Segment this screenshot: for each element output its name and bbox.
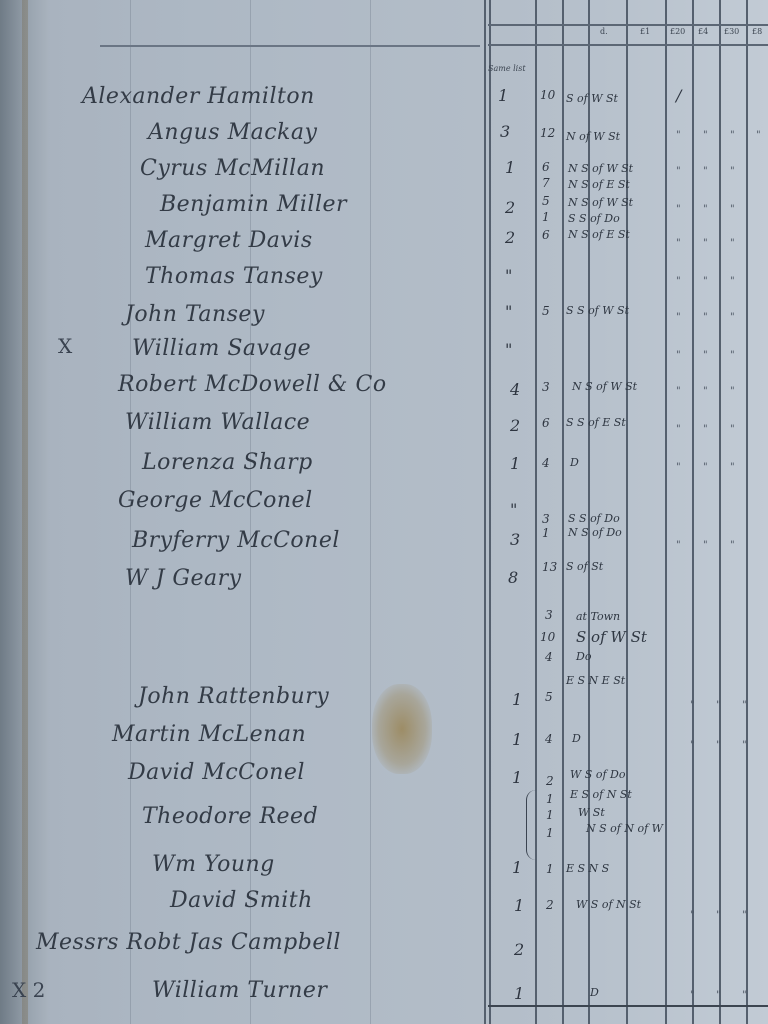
- entry-name: David McConel: [128, 760, 305, 785]
- count-cell: 1: [514, 896, 524, 915]
- location-cell: N of W St: [566, 130, 620, 143]
- ditto-mark: ": [742, 740, 747, 751]
- ditto-mark: ": [742, 990, 747, 1001]
- location-cell: S of W St: [576, 628, 647, 646]
- count-cell: 1: [505, 158, 515, 177]
- location-cell: S S of Do: [568, 212, 620, 225]
- entry-name: Lorenza Sharp: [142, 450, 313, 475]
- ditto-mark: ": [730, 130, 735, 141]
- ditto-mark: ": [676, 312, 681, 323]
- lot-cell: 3: [542, 380, 550, 394]
- count-cell: ": [510, 500, 517, 519]
- lot-cell: 4: [545, 650, 553, 664]
- entry-name: Martin McLenan: [112, 722, 306, 747]
- location-cell: E S N S: [566, 862, 609, 875]
- ditto-mark: ": [703, 424, 708, 435]
- ditto-mark: ": [716, 990, 721, 1001]
- ditto-mark: ": [676, 386, 681, 397]
- count-cell: 2: [514, 940, 524, 959]
- ditto-mark: ": [742, 910, 747, 921]
- location-cell: N S of E St: [568, 228, 630, 241]
- ditto-mark: ": [676, 424, 681, 435]
- ditto-mark: ": [676, 462, 681, 473]
- ditto-mark: ": [676, 130, 681, 141]
- lot-cell: 7: [542, 176, 550, 190]
- entry-name: John Tansey: [125, 302, 265, 327]
- location-cell: S of W St: [566, 92, 618, 105]
- column-rule: [746, 0, 748, 1024]
- header-rule: [488, 24, 768, 26]
- bottom-rule: [488, 1005, 768, 1007]
- unit-label: £4: [698, 27, 708, 36]
- ditto-mark: ": [730, 462, 735, 473]
- unit-label: £30: [724, 27, 739, 36]
- count-cell: 4: [510, 380, 520, 399]
- count-cell: 1: [512, 730, 522, 749]
- entry-name: Thomas Tansey: [145, 264, 323, 289]
- ditto-mark: ": [703, 350, 708, 361]
- faint-rule: [370, 0, 371, 1024]
- entry-name: W J Geary: [125, 566, 242, 591]
- header-rule: [488, 44, 768, 46]
- ditto-mark: ": [703, 130, 708, 141]
- ditto-mark: ": [703, 276, 708, 287]
- lot-cell: 10: [540, 88, 555, 102]
- column-rule: [484, 0, 486, 1024]
- lot-cell: 6: [542, 160, 550, 174]
- location-cell: N S of W St: [568, 162, 633, 175]
- column-rule: [489, 0, 491, 1024]
- location-cell: N S of W St: [568, 196, 633, 209]
- entry-name: Bryferry McConel: [132, 528, 340, 553]
- ditto-mark: ": [730, 540, 735, 551]
- column-rule: [665, 0, 667, 1024]
- lot-cell: 1: [546, 862, 554, 876]
- lot-cell: 12: [540, 126, 555, 140]
- column-rule: [719, 0, 721, 1024]
- entry-name: Messrs Robt Jas Campbell: [36, 930, 341, 955]
- ditto-mark: ": [676, 540, 681, 551]
- ditto-mark: ": [716, 740, 721, 751]
- column-rule: [692, 0, 694, 1024]
- ditto-mark: ": [676, 276, 681, 287]
- unit-label: £20: [670, 27, 685, 36]
- count-cell: 1: [512, 768, 522, 787]
- ditto-mark: ": [730, 312, 735, 323]
- ditto-mark: ": [676, 350, 681, 361]
- lot-cell: 2: [546, 774, 554, 788]
- location-cell: N S of N of W: [586, 822, 663, 835]
- lot-cell: 1: [546, 792, 554, 806]
- count-cell: 8: [508, 568, 518, 587]
- entry-name: William Turner: [152, 978, 327, 1003]
- location-cell: W St: [578, 806, 605, 819]
- entry-name: John Rattenbury: [138, 684, 329, 709]
- entry-name: Cyrus McMillan: [140, 156, 325, 181]
- count-cell: 1: [512, 690, 522, 709]
- entry-name: Alexander Hamilton: [82, 84, 315, 109]
- ditto-mark: ": [690, 700, 695, 711]
- count-cell: 1: [512, 858, 522, 877]
- ditto-mark: ": [742, 700, 747, 711]
- location-cell: N S of W St: [572, 380, 637, 393]
- count-cell: 1: [510, 454, 520, 473]
- lot-cell: 5: [542, 194, 550, 208]
- ditto-mark: ": [676, 204, 681, 215]
- column-rule: [535, 0, 537, 1024]
- location-cell: D: [570, 456, 579, 469]
- location-cell: S S of E St: [566, 416, 626, 429]
- lot-cell: 3: [542, 512, 550, 526]
- unit-label: £8: [752, 27, 762, 36]
- count-cell: 2: [505, 228, 515, 247]
- margin-mark: X: [58, 334, 72, 358]
- ditto-mark: ": [703, 540, 708, 551]
- entry-name: Theodore Reed: [142, 804, 318, 829]
- subheading: Same list: [488, 64, 526, 73]
- column-rule: [562, 0, 564, 1024]
- lot-cell: 13: [542, 560, 557, 574]
- location-cell: Do: [576, 650, 591, 663]
- worn-edge: [22, 0, 28, 1024]
- ditto-mark: ": [690, 990, 695, 1001]
- count-cell: ": [505, 340, 512, 359]
- ditto-mark: ": [716, 700, 721, 711]
- location-cell: W S of N St: [576, 898, 641, 911]
- location-cell: at Town: [576, 610, 620, 623]
- ditto-mark: ": [676, 238, 681, 249]
- entry-name: Angus Mackay: [148, 120, 317, 145]
- lot-cell: 1: [542, 210, 550, 224]
- ditto-mark: ": [703, 386, 708, 397]
- count-cell: 2: [510, 416, 520, 435]
- ditto-mark: ": [730, 238, 735, 249]
- lot-cell: 5: [545, 690, 553, 704]
- count-cell: ": [505, 302, 512, 321]
- location-cell: S of St: [566, 560, 603, 573]
- location-cell: N S of E St: [568, 178, 630, 191]
- lot-cell: 1: [546, 808, 554, 822]
- entry-name: Wm Young: [152, 852, 275, 877]
- lot-cell: 1: [546, 826, 554, 840]
- entry-name: Benjamin Miller: [160, 192, 347, 217]
- lot-cell: 6: [542, 416, 550, 430]
- ditto-mark: ": [730, 166, 735, 177]
- location-cell: D: [572, 732, 581, 745]
- location-cell: N S of Do: [568, 526, 622, 539]
- column-rule: [626, 0, 628, 1024]
- ditto-mark: ": [703, 204, 708, 215]
- lot-cell: 10: [540, 630, 555, 644]
- unit-label: d.: [600, 27, 608, 36]
- ditto-mark: ": [730, 424, 735, 435]
- ditto-mark: ": [690, 740, 695, 751]
- lot-cell: 4: [542, 456, 550, 470]
- ditto-mark: ": [730, 276, 735, 287]
- count-cell: 1: [514, 984, 524, 1003]
- ditto-mark: ": [730, 204, 735, 215]
- location-cell: W S of Do: [570, 768, 625, 781]
- ditto-mark: ": [690, 910, 695, 921]
- ledger-page: d. £1 £20 £4 £30 £8 Same list Alexander …: [0, 0, 768, 1024]
- lot-cell: 4: [545, 732, 553, 746]
- count-cell: 1: [498, 86, 508, 105]
- location-cell: S S of W St: [566, 304, 629, 317]
- count-cell: ": [505, 266, 512, 285]
- entry-name: Robert McDowell & Co: [118, 372, 387, 397]
- lot-cell: 1: [542, 526, 550, 540]
- location-cell: D: [590, 986, 599, 999]
- entry-name: William Wallace: [125, 410, 310, 435]
- location-cell: E S of N St: [570, 788, 632, 801]
- ditto-mark: ": [716, 910, 721, 921]
- count-cell: 2: [505, 198, 515, 217]
- ditto-mark: ": [756, 130, 761, 141]
- entry-name: George McConel: [118, 488, 313, 513]
- ditto-mark: ": [703, 312, 708, 323]
- ditto-mark: ": [730, 350, 735, 361]
- ditto-mark: ": [703, 462, 708, 473]
- top-rule: [100, 45, 480, 47]
- unit-label: £1: [640, 27, 650, 36]
- location-cell: E S N E St: [566, 674, 625, 687]
- stain: [372, 684, 432, 774]
- count-cell: 3: [500, 122, 510, 141]
- lot-cell: 6: [542, 228, 550, 242]
- bracket: [526, 790, 539, 860]
- ditto-mark: ": [703, 166, 708, 177]
- lot-cell: 3: [545, 608, 553, 622]
- margin-mark: X 2: [12, 978, 45, 1002]
- mark-cell: /: [676, 86, 681, 105]
- entry-name: William Savage: [132, 336, 311, 361]
- location-cell: S S of Do: [568, 512, 620, 525]
- ditto-mark: ": [703, 238, 708, 249]
- lot-cell: 2: [546, 898, 554, 912]
- entry-name: Margret Davis: [145, 228, 313, 253]
- lot-cell: 5: [542, 304, 550, 318]
- ditto-mark: ": [730, 386, 735, 397]
- ditto-mark: ": [676, 166, 681, 177]
- entry-name: David Smith: [170, 888, 313, 913]
- count-cell: 3: [510, 530, 520, 549]
